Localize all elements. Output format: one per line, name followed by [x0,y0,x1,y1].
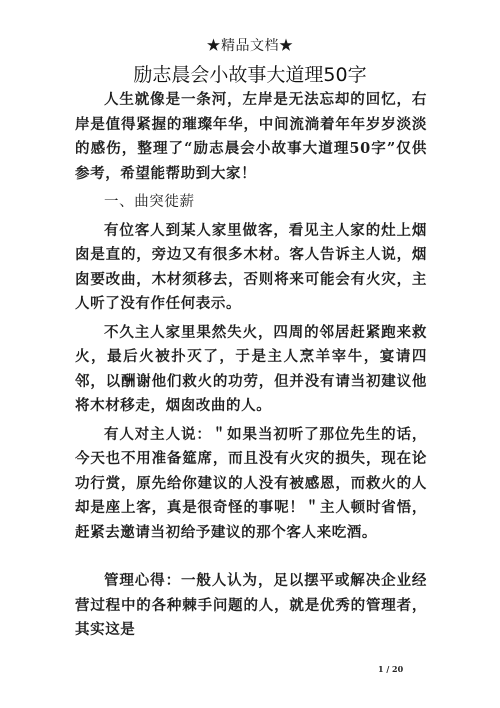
header-mark: ★精品文档★ [0,35,500,55]
story-paragraph-3: 有人对主人说：＂如果当初听了那位先生的话，今天也不用准备筵席，而且没有火灾的损失… [75,423,427,546]
page-number: 1 / 20 [378,664,403,674]
document-body: 人生就像是一条河，左岸是无法忘却的回忆，右岸是值得紧握的璀璨年华，中间流淌着年年… [75,88,427,643]
story-paragraph-1: 有位客人到某人家里做客，看见主人家的灶上烟囱是直的，旁边又有很多木材。客人告诉主… [75,219,427,317]
intro-paragraph: 人生就像是一条河，左岸是无法忘却的回忆，右岸是值得紧握的璀璨年华，中间流淌着年年… [75,88,427,186]
section-heading: 一、曲突徙薪 [75,190,427,215]
management-insight-paragraph: 管理心得：一般人认为，足以摆平或解决企业经营过程中的各种棘手问题的人，就是优秀的… [75,569,427,643]
story-paragraph-2: 不久主人家里果然失火，四周的邻居赶紧跑来救火，最后火被扑灭了，于是主人烹羊宰牛，… [75,321,427,419]
document-title: 励志晨会小故事大道理50字 [0,60,500,87]
